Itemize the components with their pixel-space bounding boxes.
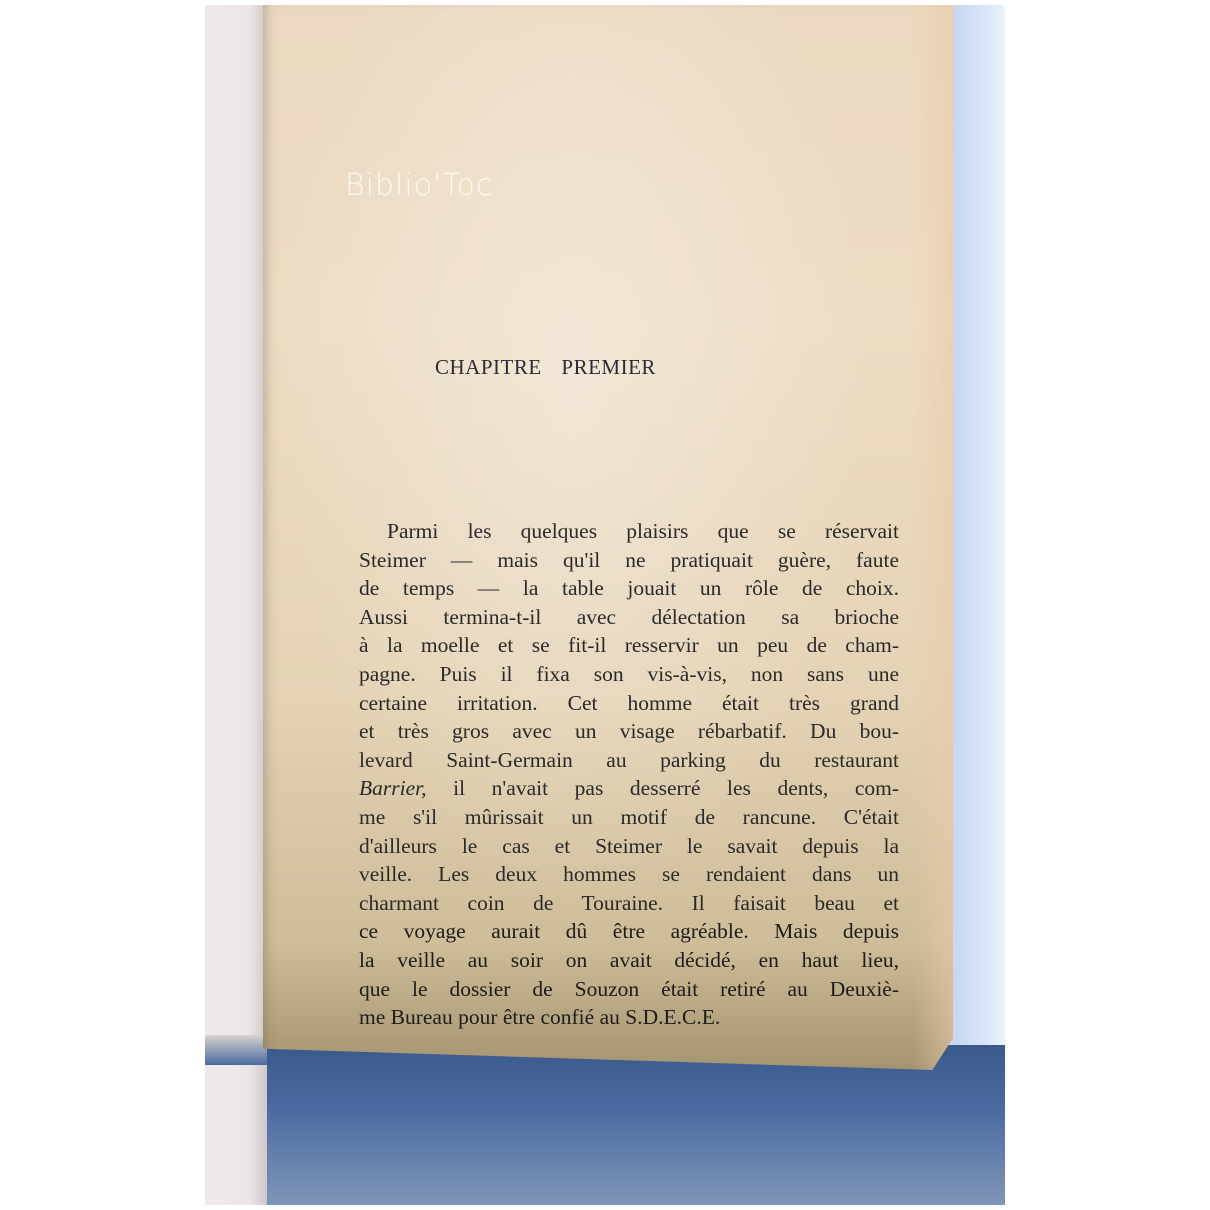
italic-restaurant-name: Barrier, xyxy=(359,776,427,800)
text-line: me Bureau pour être confié au S.D.E.C.E. xyxy=(359,1003,899,1032)
watermark-logo: Biblio'Toc xyxy=(345,168,493,203)
text-line: d'ailleurs le cas et Steimer le savait d… xyxy=(359,832,899,861)
text-line: veille. Les deux hommes se rendaient dan… xyxy=(359,860,899,889)
text-line: Barrier, il n'avait pas desserré les den… xyxy=(359,774,899,803)
text-line: Parmi les quelques plaisirs que se réser… xyxy=(359,517,899,546)
background-right xyxy=(955,5,1005,1105)
text-line: ce voyage aurait dû être agréable. Mais … xyxy=(359,917,899,946)
chapter-body: Parmi les quelques plaisirs que se réser… xyxy=(359,517,899,1032)
text-line: pagne. Puis il fixa son vis-à-vis, non s… xyxy=(359,660,899,689)
background-bottom xyxy=(205,1045,1005,1205)
text-line: levard Saint-Germain au parking du resta… xyxy=(359,746,899,775)
text-line: Aussi termina-t-il avec délectation sa b… xyxy=(359,603,899,632)
chapter-title: CHAPITRE PREMIER xyxy=(435,355,656,380)
book-cover-edge xyxy=(205,5,267,1205)
book-page: Biblio'Toc CHAPITRE PREMIER Parmi les qu… xyxy=(263,5,953,1070)
text-line: et très gros avec un visage rébarbatif. … xyxy=(359,717,899,746)
page-shade xyxy=(913,5,953,1070)
text-line: à la moelle et se fit-il resservir un pe… xyxy=(359,631,899,660)
text-line: de temps — la table jouait un rôle de ch… xyxy=(359,574,899,603)
book-page-photo: Biblio'Toc CHAPITRE PREMIER Parmi les qu… xyxy=(205,5,1005,1205)
text-line: charmant coin de Touraine. Il faisait be… xyxy=(359,889,899,918)
text-line: Steimer — mais qu'il ne pratiquait guère… xyxy=(359,546,899,575)
book-cover-edge-bottom xyxy=(205,1035,267,1065)
text-line: certaine irritation. Cet homme était trè… xyxy=(359,689,899,718)
text-line-rest: il n'avait pas desserré les dents, com- xyxy=(453,776,899,800)
text-line: que le dossier de Souzon était retiré au… xyxy=(359,975,899,1004)
text-line: la veille au soir on avait décidé, en ha… xyxy=(359,946,899,975)
text-line: me s'il mûrissait un motif de rancune. C… xyxy=(359,803,899,832)
